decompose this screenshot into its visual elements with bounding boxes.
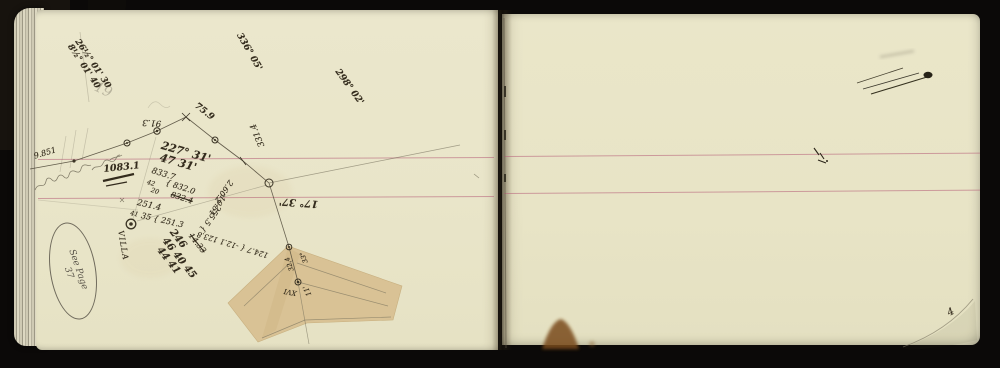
annotation-17-37: 17° 37': [279, 195, 319, 208]
gutter-fold: [492, 10, 512, 350]
annotation-91-3: 91.3: [142, 117, 162, 127]
annotation-41: 41: [129, 210, 139, 219]
see-page-text: See Page 37: [56, 248, 89, 294]
notebook-scan: 26½° 01' 30 8½° 01' 40 336° 05' 298° 02'…: [0, 0, 1000, 368]
right-page: [502, 14, 980, 345]
left-page: [36, 10, 498, 350]
annotation-xvi: XVI: [283, 286, 297, 296]
